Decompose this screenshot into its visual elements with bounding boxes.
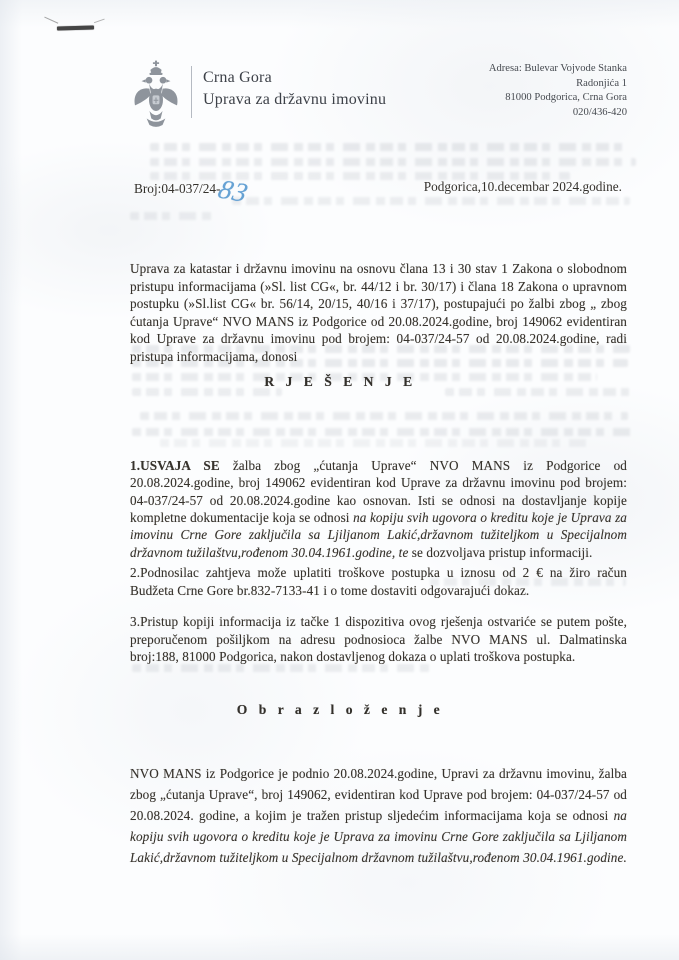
case-number-prefix: Broj:04-037/24-	[134, 181, 220, 196]
scanned-document-page: Crna Gora Uprava za državnu imovinu Adre…	[0, 0, 679, 960]
intro-paragraph: Uprava za katastar i državnu imovinu na …	[130, 260, 627, 365]
bleed-through-line	[150, 158, 636, 166]
place-and-date: Podgorica,10.decembar 2024.godine.	[424, 179, 622, 195]
ruling-point-1: 1.USVAJA SE žalba zbog „ćutanja Uprave“ …	[130, 457, 627, 561]
bleed-through-line	[150, 143, 630, 151]
letterhead-divider	[191, 66, 192, 118]
phone-number: 020/436-420	[489, 106, 627, 121]
address-line: Radonjića 1	[489, 77, 627, 92]
address-line: Adresa: Bulevar Vojvode Stanka	[489, 62, 627, 77]
bleed-through-line	[130, 212, 212, 220]
handwritten-case-number: 83	[218, 184, 250, 199]
address-line: 81000 Podgorica, Crna Gora	[489, 91, 627, 106]
organization-name: Crna Gora Uprava za državnu imovinu	[203, 67, 386, 111]
staple-mark	[57, 26, 94, 30]
ruling-point-1-closing: se dozvoljava pristup informaciji.	[408, 545, 592, 560]
ruling-point-1-lead: 1.USVAJA SE	[130, 458, 220, 473]
country-name: Crna Gora	[203, 67, 386, 89]
explanation-title: O b r a z l o ž e n j e	[0, 702, 679, 718]
ruling-point-2: 2.Podnosilac zahtjeva može uplatiti troš…	[130, 564, 627, 599]
bleed-through-line	[140, 412, 628, 420]
ruling-title: R J E Š E N J E	[0, 374, 679, 390]
reference-row: Broj:04-037/24-83 Podgorica,10.decembar …	[134, 179, 622, 197]
explanation-paragraph-text: NVO MANS iz Podgorice je podnio 20.08.20…	[130, 766, 627, 823]
case-number: Broj:04-037/24-83	[134, 179, 249, 197]
ruling-point-3: 3.Pristup kopiji informacija iz tačke 1 …	[130, 613, 627, 666]
letterhead: Crna Gora Uprava za državnu imovinu Adre…	[128, 58, 627, 136]
address-block: Adresa: Bulevar Vojvode Stanka Radonjića…	[489, 58, 627, 120]
explanation-paragraph: NVO MANS iz Podgorice je podnio 20.08.20…	[130, 763, 627, 868]
bleed-through-line	[160, 439, 590, 447]
bleed-through-line	[232, 197, 630, 205]
agency-name: Uprava za državnu imovinu	[203, 89, 386, 111]
bleed-through-line	[132, 428, 632, 436]
coat-of-arms-icon	[128, 58, 184, 136]
